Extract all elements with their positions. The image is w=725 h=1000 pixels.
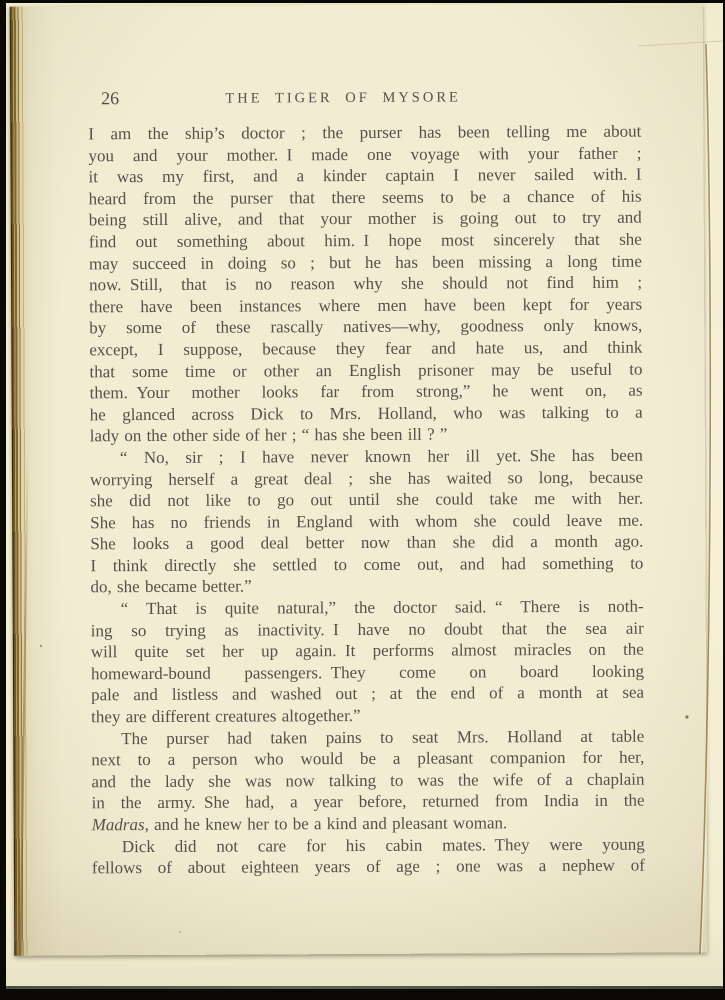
text-line: that some time or other an English priso… [89,358,642,382]
text-line: lady on the other side of her ; “ has sh… [90,423,643,447]
text-line: there have been instances where men have… [89,293,642,317]
running-head: 26 THE TIGER OF MYSORE [88,86,641,113]
chapter-title: THE TIGER OF MYSORE [88,89,598,108]
text-line: it was my first, and a kinder captain I … [88,164,641,188]
text-line: I think directly she settled to come out… [90,552,643,576]
text-line: he glanced across Dick to Mrs. Holland, … [90,401,643,425]
text-line: next to a person who would be a pleasant… [91,747,644,771]
text-line: by some of these rascally natives—why, g… [89,315,642,339]
body-text: I am the ship’s doctor ; the purser has … [88,121,645,879]
text-line: “ That is quite natural,” the doctor sai… [91,596,644,620]
text-line: and the lady she was now talking to was … [91,768,644,792]
text-line: them. Your mother looks far from strong,… [90,380,643,404]
text-line: She looks a good deal better now than sh… [90,531,643,555]
text-line: she did not like to go out until she cou… [90,488,643,512]
text-line: in the army. She had, a year before, ret… [92,790,645,814]
text-line: homeward-bound passengers. They come on … [91,660,644,684]
text-line: will quite set her up again. It performs… [91,639,644,663]
text-line: “ No, sir ; I have never known her ill y… [90,445,643,469]
text-line: being still alive, and that your mother … [89,207,642,231]
text-line: do, she became better.” [90,574,643,598]
book-page: 26 THE TIGER OF MYSORE I am the ship’s d… [10,3,708,955]
text-line: you and your mother. I made one voyage w… [88,142,641,166]
text-line: now. Still, that is no reason why she sh… [89,272,642,296]
text-line: find out something about him. I hope mos… [89,229,642,253]
text-line: I am the ship’s doctor ; the purser has … [88,121,641,145]
text-line: Madras, and he knew her to be a kind and… [92,812,645,836]
text-line: heard from the purser that there seems t… [89,185,642,209]
book-scan-screenshot: { "page": { "number": "26", "header": "T… [0,0,725,1000]
text-line: may succeed in doing so ; but he has bee… [89,250,642,274]
text-line: worrying herself a great deal ; she has … [90,466,643,490]
text-line: fellows of about eighteen years of age ;… [92,855,645,879]
text-line: pale and listless and washed out ; at th… [91,682,644,706]
text-line: except, I suppose, because they fear and… [89,337,642,361]
text-line: they are different creatures altogether.… [91,704,644,728]
text-line: She has no friends in England with whom … [90,509,643,533]
text-line: Dick did not care for his cabin mates. T… [92,833,645,857]
text-line: The purser had taken pains to seat Mrs. … [91,725,644,749]
under-pages-bottom-edge [6,986,723,989]
text-line: ing so trying as inactivity. I have no d… [91,617,644,641]
